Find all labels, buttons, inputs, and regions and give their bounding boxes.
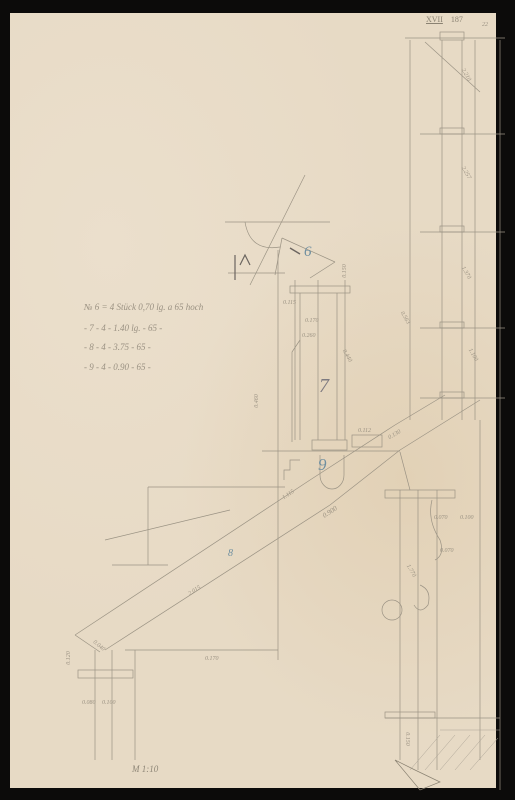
part-label-7: 7 [319,375,329,398]
dim-0260: 0.260 [302,333,316,339]
sheet-header: XVII 187 [426,15,469,24]
dim-0070: 0.070 [434,515,448,521]
dim-0110: 0.115 [283,300,296,306]
note-line-4: - 9 - 4 - 0.90 - 65 - [84,362,151,372]
dim-0150b: 0.150 [404,732,410,746]
corner-mark: 22 [482,22,488,28]
part-7-outline [262,286,400,489]
section-number: XVII [426,15,443,24]
part-label-6: 6 [304,244,312,261]
part-label-9: 9 [318,455,327,475]
page-number: 187 [451,15,463,24]
stair-flights [75,395,480,652]
dim-0100b: 0.100 [102,700,116,706]
lower-right-column [382,420,500,790]
dim-0070b: 0.070 [440,548,454,554]
dim-0280: 0.170 [305,318,319,324]
dim-0080: 0.080 [82,700,96,706]
dim-0120: 0.120 [66,651,72,665]
scale-note: M 1:10 [132,764,158,774]
note-line-3: - 8 - 4 - 3.75 - 65 - [84,342,151,352]
note-line-2: - 7 - 4 - 1.40 lg. - 65 - [84,323,162,333]
dim-0150: 0.150 [342,264,348,278]
right-column-lines [405,32,505,790]
dim-0170b: 0.170 [205,656,219,662]
dim-0112: 0.112 [358,428,371,434]
part-6-detail [225,175,335,285]
dim-0460: 0.460 [254,394,260,408]
dim-0100: 0.100 [460,515,474,521]
note-line-1: № 6 = 4 Stück 0,70 lg. a 65 hoch [84,302,203,312]
part-label-8: 8 [228,548,233,559]
